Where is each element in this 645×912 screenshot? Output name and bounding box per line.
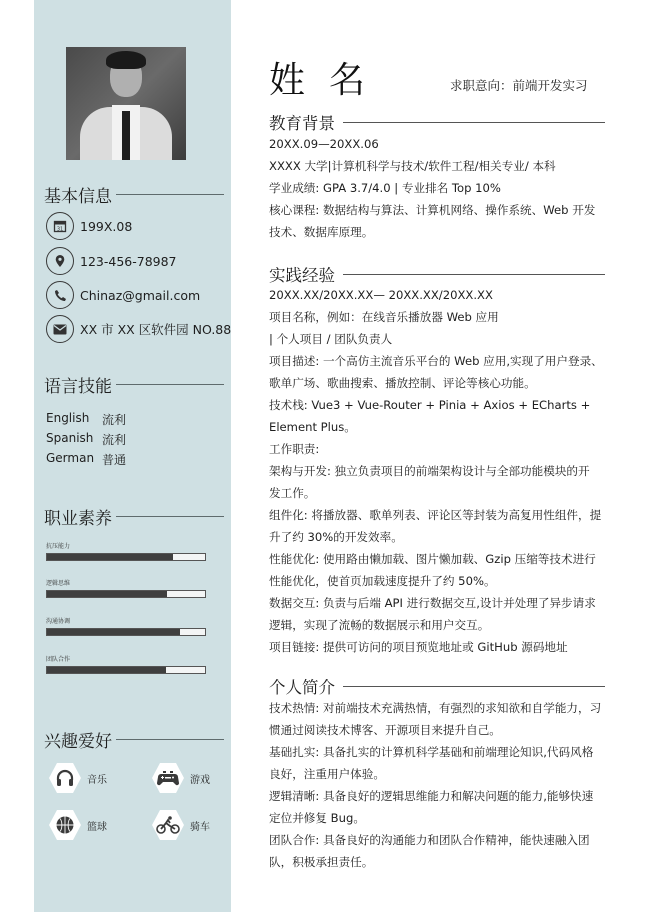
- location-icon: [46, 247, 74, 275]
- divider: [343, 274, 605, 275]
- skill-label: 沟通协调: [46, 616, 206, 625]
- portrait-photo: [66, 47, 186, 160]
- education-line: 20XX.09—20XX.06: [269, 133, 614, 155]
- divider: [116, 739, 224, 740]
- profile-content: 技术热情: 对前端技术充满热情，有强烈的求知欲和自学能力，习 惯通过阅读技术博客…: [269, 697, 614, 873]
- skill-bar: [46, 553, 206, 561]
- experience-line: 项目描述: 一个高仿主流音乐平台的 Web 应用,实现了用户登录、: [269, 350, 614, 372]
- birth-text: 199X.08: [80, 219, 132, 234]
- address-text: XX 市 XX 区软件园 NO.88: [80, 320, 231, 338]
- svg-text:31: 31: [57, 227, 63, 233]
- skill-bar: [46, 590, 206, 598]
- education-line: XXXX 大学|计算机科学与技术/软件工程/相关专业/ 本科: [269, 155, 614, 177]
- language-name: Spanish: [46, 431, 102, 448]
- job-intent: 求职意向：前端开发实习: [450, 76, 588, 94]
- experience-line: 逻辑，实现了流畅的数据展示和用户交互。: [269, 614, 614, 636]
- hobby-label: 游戏: [190, 771, 210, 786]
- skill-label: 逻辑思维: [46, 578, 206, 587]
- hobby-item: 篮球: [49, 810, 107, 840]
- divider: [116, 516, 224, 517]
- email-text: Chinaz@gmail.com: [80, 288, 200, 303]
- skill-label: 团队合作: [46, 654, 206, 663]
- phone-text: 123-456-78987: [80, 254, 177, 269]
- sidebar: 基本信息 31 199X.08 123-456-78987 Chinaz@gma…: [34, 0, 231, 912]
- language-name: German: [46, 451, 102, 468]
- section-title: 基本信息: [44, 182, 112, 207]
- experience-line: 技术栈: Vue3 + Vue-Router + Pinia + Axios +…: [269, 394, 614, 416]
- language-name: English: [46, 411, 102, 428]
- language-item: German 普通: [46, 451, 126, 468]
- profile-line: 队，积极承担责任。: [269, 851, 614, 873]
- experience-line: | 个人项目 / 团队负责人: [269, 328, 614, 350]
- profile-line: 基础扎实: 具备扎实的计算机科学基础和前端理论知识,代码风格: [269, 741, 614, 763]
- experience-line: 20XX.XX/20XX.XX— 20XX.XX/20XX.XX: [269, 284, 614, 306]
- skill-bar-fill: [47, 629, 180, 635]
- phone-icon: [46, 281, 74, 309]
- section-title: 实践经验: [269, 262, 335, 286]
- section-title: 语言技能: [44, 372, 112, 397]
- skill-bar-fill: [47, 554, 173, 560]
- language-item: Spanish 流利: [46, 431, 126, 448]
- skill-bar-item: 抗压能力: [46, 541, 206, 561]
- skill-bar-item: 逻辑思维: [46, 578, 206, 598]
- experience-line: 项目名称，例如：在线音乐播放器 Web 应用: [269, 306, 614, 328]
- divider: [116, 194, 224, 195]
- info-phone: 123-456-78987: [46, 247, 177, 275]
- section-basic-info-header: 基本信息: [44, 182, 224, 207]
- language-item: English 流利: [46, 411, 126, 428]
- hobby-item: 骑车: [152, 810, 210, 840]
- section-profile-header: 个人简介: [269, 674, 605, 698]
- experience-line: 升了约 30%的开发效率。: [269, 526, 614, 548]
- mail-icon: [46, 315, 74, 343]
- education-line: 核心课程: 数据结构与算法、计算机网络、操作系统、Web 开发: [269, 199, 614, 221]
- profile-line: 惯通过阅读技术博客、开源项目来提升自己。: [269, 719, 614, 741]
- profile-line: 逻辑清晰: 具备良好的逻辑思维能力和解决问题的能力,能够快速: [269, 785, 614, 807]
- info-birth: 31 199X.08: [46, 212, 132, 240]
- section-skills-header: 职业素养: [44, 504, 224, 529]
- section-languages-header: 语言技能: [44, 372, 224, 397]
- experience-content: 20XX.XX/20XX.XX— 20XX.XX/20XX.XX 项目名称，例如…: [269, 284, 614, 658]
- hobby-item: 音乐: [49, 763, 107, 793]
- divider: [343, 686, 605, 687]
- divider: [116, 384, 224, 385]
- language-level: 流利: [102, 411, 126, 428]
- section-title: 教育背景: [269, 110, 335, 134]
- headphones-icon: [49, 763, 81, 793]
- skill-bar: [46, 628, 206, 636]
- profile-line: 定位并修复 Bug。: [269, 807, 614, 829]
- basketball-icon: [49, 810, 81, 840]
- experience-line: 项目链接: 提供可访问的项目预览地址或 GitHub 源码地址: [269, 636, 614, 658]
- profile-line: 技术热情: 对前端技术充满热情，有强烈的求知欲和自学能力，习: [269, 697, 614, 719]
- skill-bar-fill: [47, 667, 166, 673]
- skill-bar: [46, 666, 206, 674]
- divider: [343, 122, 605, 123]
- section-title: 职业素养: [44, 504, 112, 529]
- education-line: 学业成绩: GPA 3.7/4.0 | 专业排名 Top 10%: [269, 177, 614, 199]
- section-title: 个人简介: [269, 674, 335, 698]
- skill-bar-item: 团队合作: [46, 654, 206, 674]
- skill-bar-item: 沟通协调: [46, 616, 206, 636]
- experience-line: 歌单广场、歌曲搜索、播放控制、评论等核心功能。: [269, 372, 614, 394]
- experience-line: 数据交互: 负责与后端 API 进行数据交互,设计并处理了异步请求: [269, 592, 614, 614]
- experience-line: 组件化: 将播放器、歌单列表、评论区等封装为高复用性组件，提: [269, 504, 614, 526]
- experience-line: 发工作。: [269, 482, 614, 504]
- info-address: XX 市 XX 区软件园 NO.88: [46, 315, 231, 343]
- hobby-label: 骑车: [190, 818, 210, 833]
- calendar-icon: 31: [46, 212, 74, 240]
- profile-line: 团队合作: 具备良好的沟通能力和团队合作精神，能快速融入团: [269, 829, 614, 851]
- hobby-item: 游戏: [152, 763, 210, 793]
- experience-line: 工作职责:: [269, 438, 614, 460]
- bicycle-icon: [152, 810, 184, 840]
- section-title: 兴趣爱好: [44, 727, 112, 752]
- section-education-header: 教育背景: [269, 110, 605, 134]
- experience-line: 架构与开发: 独立负责项目的前端架构设计与全部功能模块的开: [269, 460, 614, 482]
- hobby-label: 篮球: [87, 818, 107, 833]
- experience-line: 性能优化，使首页加载速度提升了约 50%。: [269, 570, 614, 592]
- education-line: 技术、数据库原理。: [269, 221, 614, 243]
- section-experience-header: 实践经验: [269, 262, 605, 286]
- gamepad-icon: [152, 763, 184, 793]
- section-hobbies-header: 兴趣爱好: [44, 727, 224, 752]
- candidate-name: 姓名: [269, 52, 389, 103]
- education-content: 20XX.09—20XX.06 XXXX 大学|计算机科学与技术/软件工程/相关…: [269, 133, 614, 243]
- profile-line: 良好，注重用户体验。: [269, 763, 614, 785]
- language-level: 流利: [102, 431, 126, 448]
- experience-line: Element Plus。: [269, 416, 614, 438]
- experience-line: 性能优化: 使用路由懒加载、图片懒加载、Gzip 压缩等技术进行: [269, 548, 614, 570]
- hobby-label: 音乐: [87, 771, 107, 786]
- language-level: 普通: [102, 451, 126, 468]
- skill-label: 抗压能力: [46, 541, 206, 550]
- info-email: Chinaz@gmail.com: [46, 281, 200, 309]
- skill-bar-fill: [47, 591, 167, 597]
